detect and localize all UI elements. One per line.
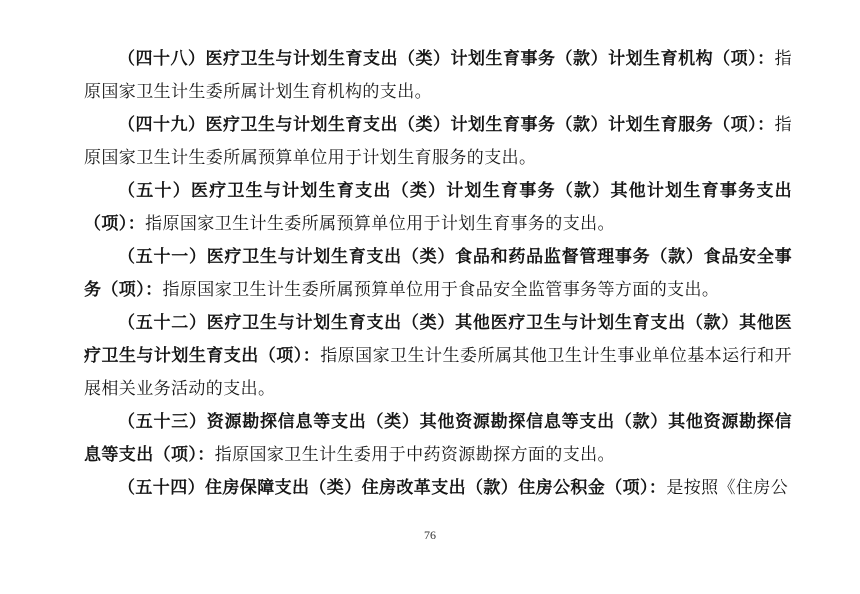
document-page: （四十八）医疗卫生与计划生育支出（类）计划生育事务（款）计划生育机构（项）：指原… — [0, 0, 860, 594]
paragraph-51: （五十一）医疗卫生与计划生育支出（类）食品和药品监督管理事务（款）食品安全事务（… — [84, 240, 792, 306]
page-number: 76 — [0, 528, 860, 543]
document-body: （四十八）医疗卫生与计划生育支出（类）计划生育事务（款）计划生育机构（项）：指原… — [84, 42, 792, 504]
paragraph-50: （五十）医疗卫生与计划生育支出（类）计划生育事务（款）其他计划生育事务支出（项）… — [84, 174, 792, 240]
paragraph-53: （五十三）资源勘探信息等支出（类）其他资源勘探信息等支出（款）其他资源勘探信息等… — [84, 405, 792, 471]
clause-heading: （四十九）医疗卫生与计划生育支出（类）计划生育事务（款）计划生育服务（项）： — [118, 115, 775, 134]
clause-body: 指原国家卫生计生委所属预算单位用于计划生育事务的支出。 — [145, 214, 615, 233]
paragraph-54: （五十四）住房保障支出（类）住房改革支出（款）住房公积金（项）：是按照《住房公 — [84, 471, 792, 504]
clause-body: 指原国家卫生计生委用于中药资源勘探方面的支出。 — [215, 445, 615, 464]
clause-heading: （四十八）医疗卫生与计划生育支出（类）计划生育事务（款）计划生育机构（项）： — [118, 49, 775, 68]
paragraph-48: （四十八）医疗卫生与计划生育支出（类）计划生育事务（款）计划生育机构（项）：指原… — [84, 42, 792, 108]
clause-body: 是按照《住房公 — [666, 478, 788, 497]
paragraph-52: （五十二）医疗卫生与计划生育支出（类）其他医疗卫生与计划生育支出（款）其他医疗卫… — [84, 306, 792, 405]
paragraph-49: （四十九）医疗卫生与计划生育支出（类）计划生育事务（款）计划生育服务（项）：指原… — [84, 108, 792, 174]
clause-heading: （五十四）住房保障支出（类）住房改革支出（款）住房公积金（项）： — [118, 478, 666, 497]
clause-body: 指原国家卫生计生委所属预算单位用于食品安全监管事务等方面的支出。 — [163, 280, 720, 299]
